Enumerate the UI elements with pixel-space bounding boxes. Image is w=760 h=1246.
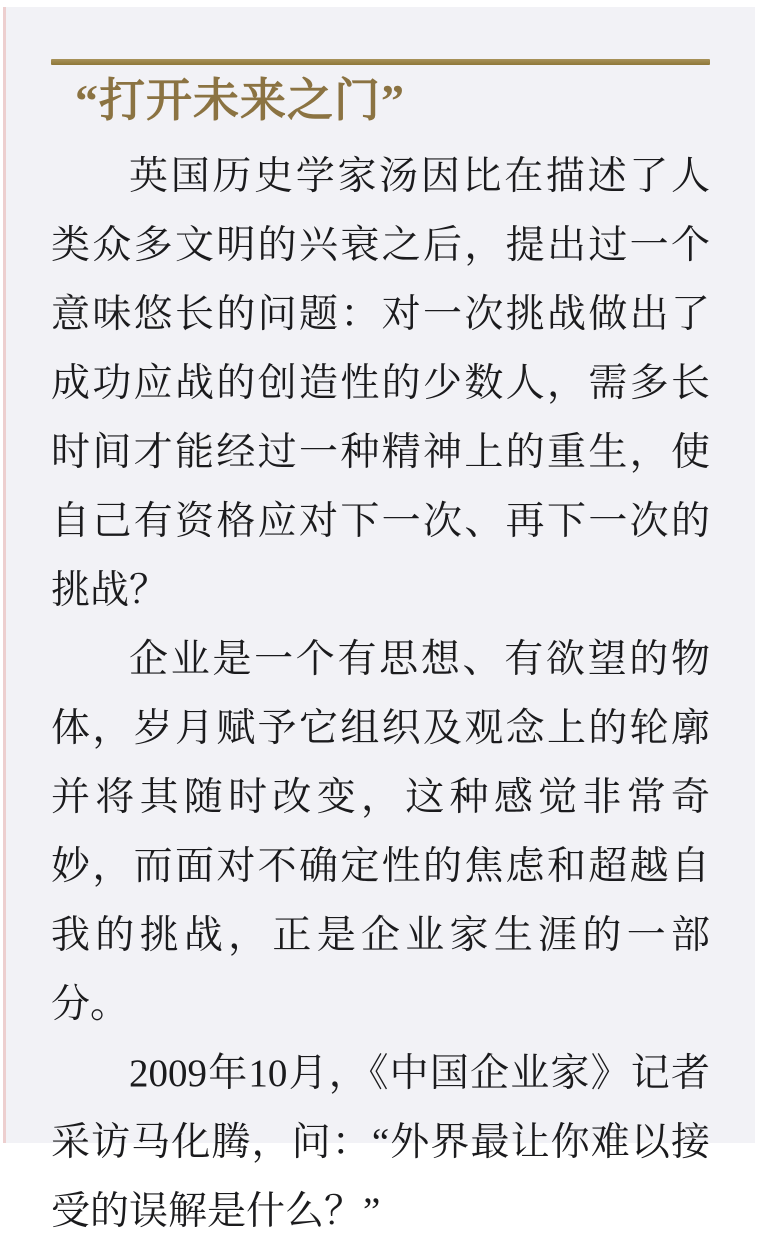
body-text: 英国历史学家汤因比在描述了人类众多文明的兴衰之后，提出过一个意味悠长的问题：对一…: [51, 142, 710, 1150]
paragraph-enterprise-thought: 企业是一个有思想、有欲望的物体，岁月赋予它组织及观念上的轮廓并将其随时改变，这种…: [51, 625, 710, 1039]
paragraph-toynbee-question: 英国历史学家汤因比在描述了人类众多文明的兴衰之后，提出过一个意味悠长的问题：对一…: [51, 142, 710, 625]
section-title: “打开未来之门”: [51, 73, 710, 129]
section-divider-rule: [51, 59, 710, 65]
page-content: “打开未来之门” 英国历史学家汤因比在描述了人类众多文明的兴衰之后，提出过一个意…: [6, 59, 755, 1150]
ebook-page: “打开未来之门” 英国历史学家汤因比在描述了人类众多文明的兴衰之后，提出过一个意…: [3, 7, 755, 1143]
paragraph-2009-interview: 2009年10月，《中国企业家》记者采访马化腾，问：“外界最让你难以接受的误解是…: [51, 1039, 710, 1150]
